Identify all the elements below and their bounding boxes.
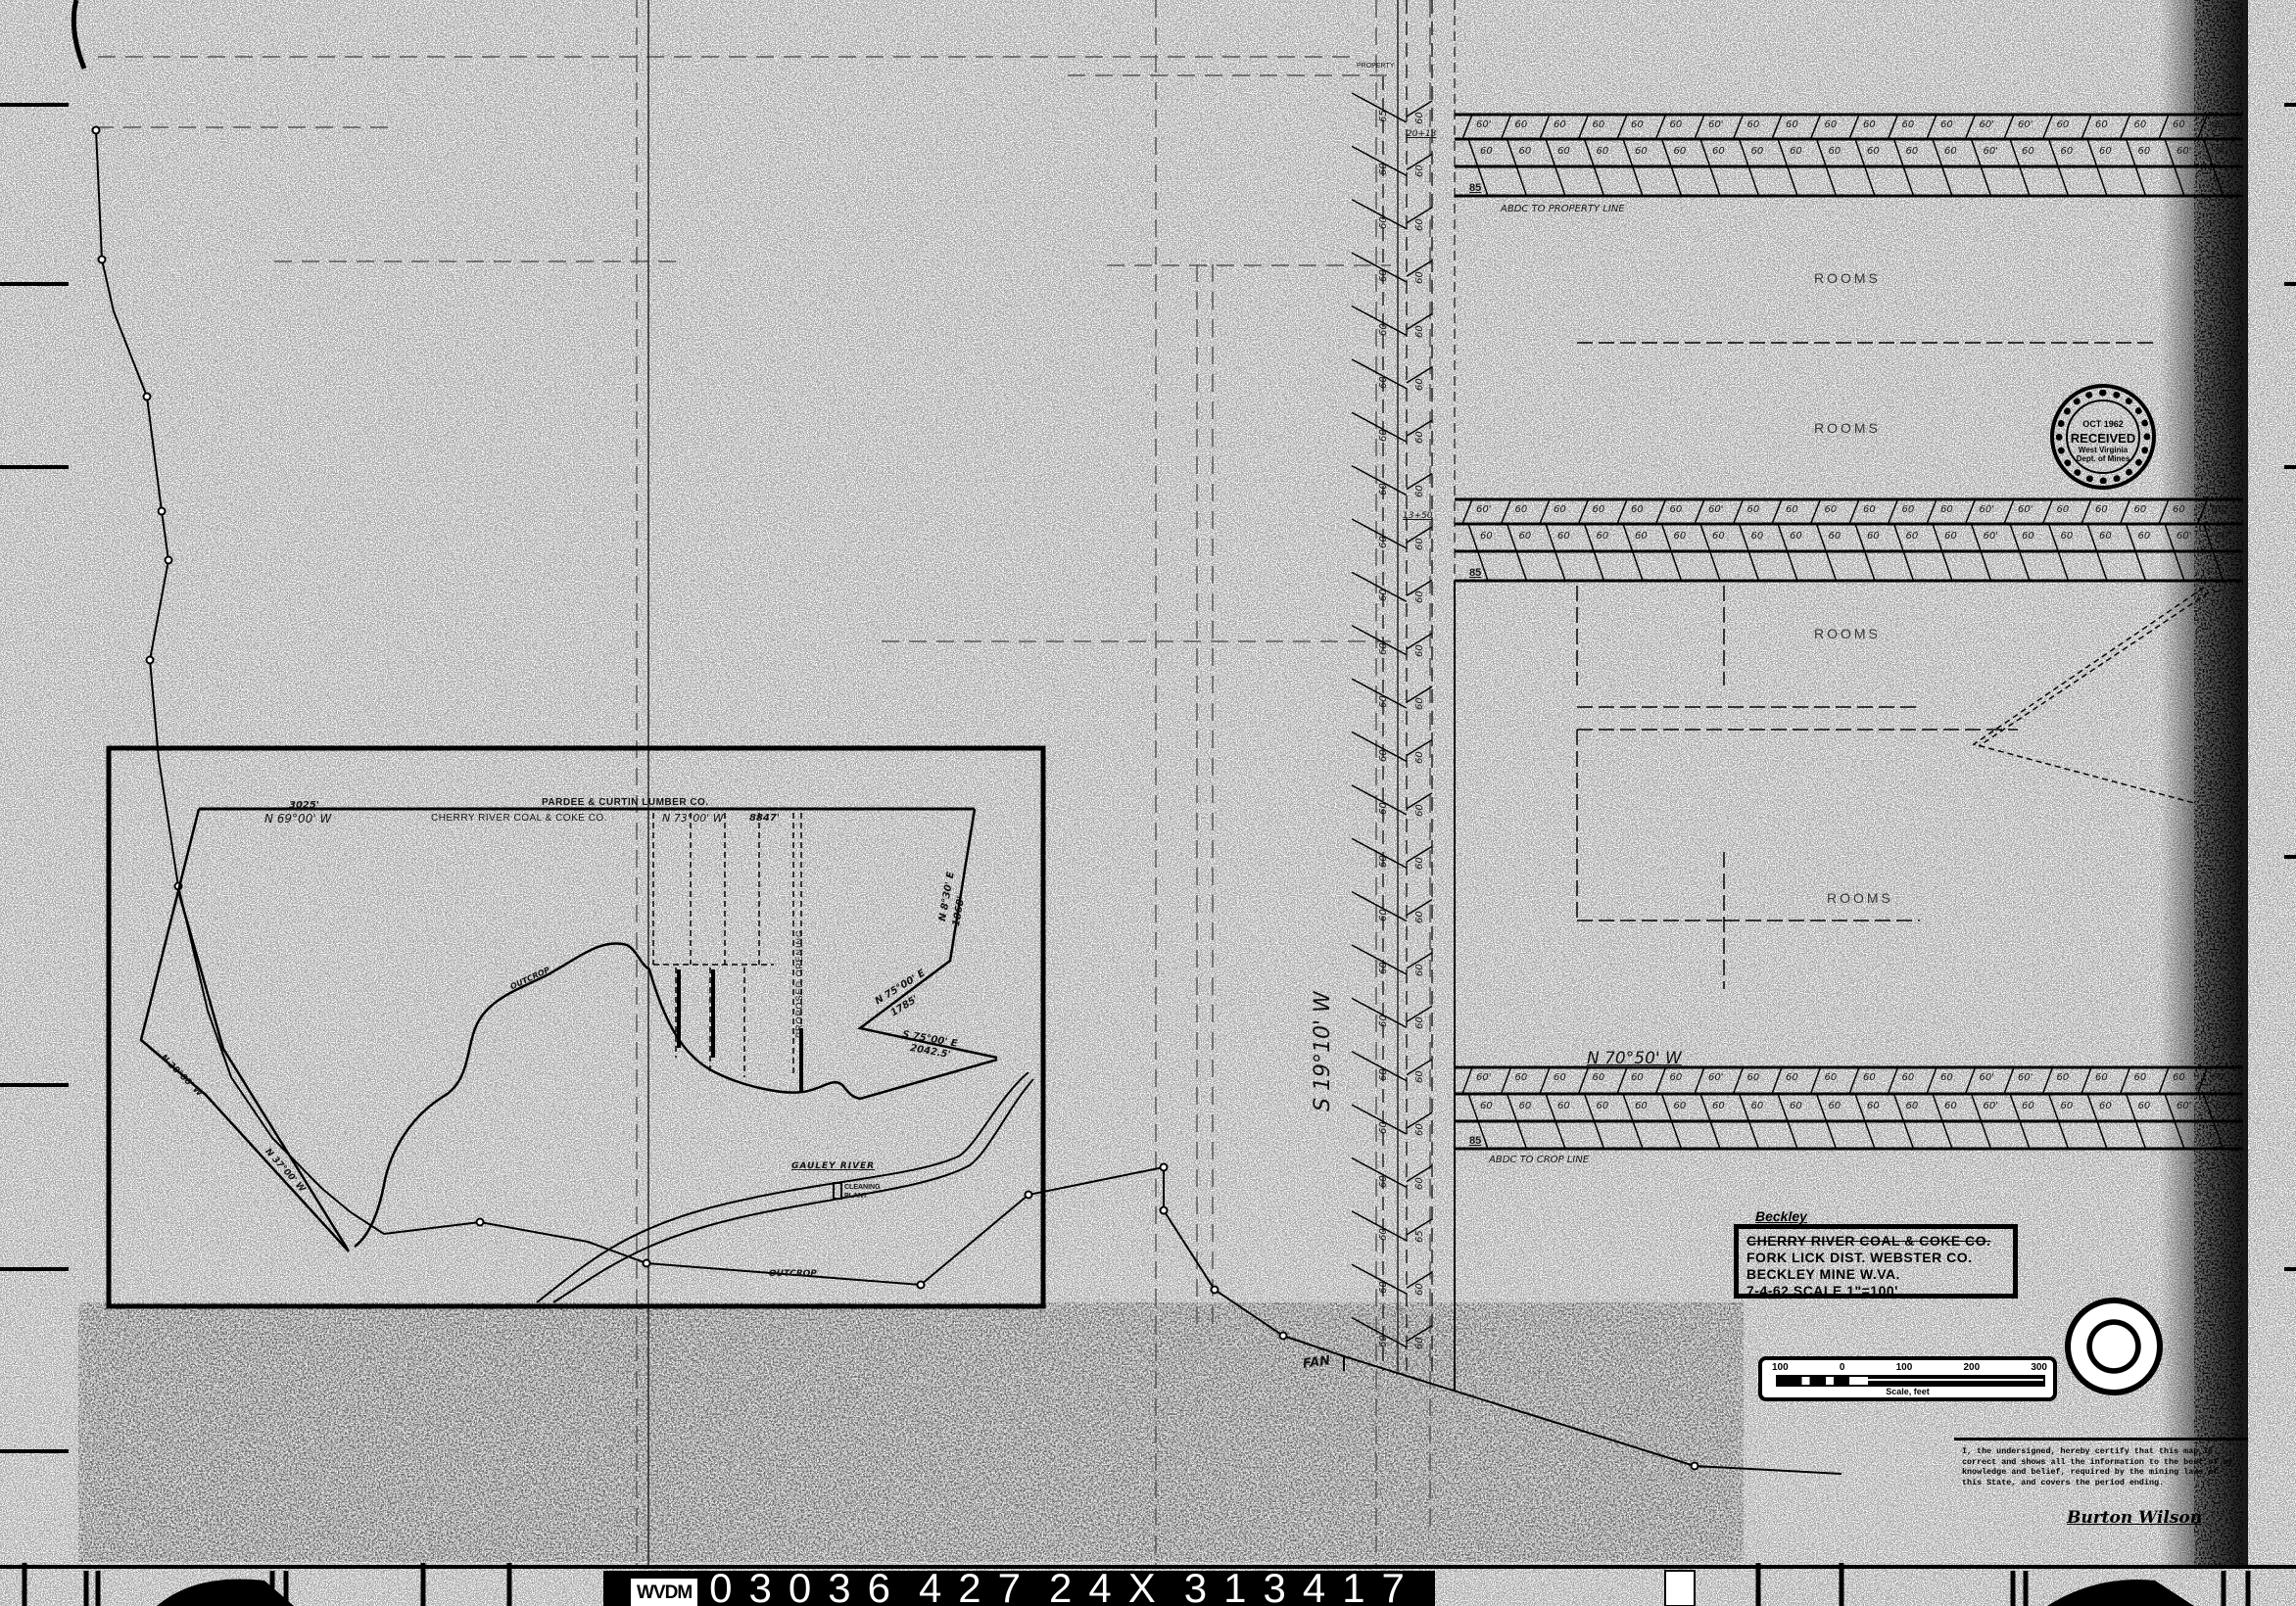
shaft-pillar-label: 60 — [1415, 751, 1425, 764]
pillar-label: 60' — [1476, 120, 1491, 130]
pillar-label: 60 — [1631, 1073, 1644, 1083]
inset-owner-north: PARDEE & CURTIN LUMBER CO. — [542, 798, 709, 808]
rooms-label-4: ROOMS — [1827, 891, 1893, 905]
film-code-3: 24X — [1049, 1571, 1172, 1606]
pillar-label: 60' — [2176, 1102, 2191, 1111]
pillar-label: 60 — [2134, 1073, 2147, 1083]
pillar-label: 60 — [1480, 147, 1493, 157]
pillar-label: 60 — [2099, 1102, 2112, 1111]
pillar-label: 60 — [2134, 120, 2147, 130]
pillar-label: 60' — [2212, 505, 2226, 515]
pillar-label: 60' — [1708, 505, 1723, 515]
shaft-pillar-label: 60 — [1415, 804, 1425, 817]
shaft-pillar-label: 60 — [1379, 536, 1389, 548]
pillar-label: 60 — [2022, 147, 2034, 157]
pillar-label: 60 — [1670, 1073, 1683, 1083]
pillar-label: 60 — [1519, 532, 1532, 542]
pillar-label: 60 — [1554, 1073, 1566, 1083]
pillar-label: 60 — [1635, 147, 1648, 157]
pillar-label: 60 — [1597, 1102, 1609, 1111]
pillar-label: 60 — [1593, 505, 1605, 515]
shaft-pillar-label: 60 — [1379, 909, 1389, 921]
pillar-label: 60 — [1906, 532, 1919, 542]
shaft-pillar-label: 60 — [1415, 1123, 1425, 1136]
pillar-label: 60 — [1867, 532, 1880, 542]
pillar-label: 60 — [1747, 1073, 1760, 1083]
pillar-label: 60 — [1902, 505, 1915, 515]
pillar-label: 60 — [1867, 1102, 1880, 1111]
film-code-1: 03036 — [709, 1571, 907, 1606]
pillar-label: 60 — [1867, 147, 1880, 157]
shaft-pillar-label: 60 — [1415, 1337, 1425, 1349]
shaft-pillar-label: 60 — [1379, 483, 1389, 496]
entry-bearing-label: N 70°50' W — [1587, 1051, 1682, 1067]
pillar-label: 60' — [1708, 1073, 1723, 1083]
pillar-label: 60 — [1786, 1073, 1798, 1083]
pillar-label: 60' — [1984, 532, 1998, 542]
shaft-pillar-label: 60 — [1379, 749, 1389, 762]
title-block: CHERRY RIVER COAL & COKE CO. FORK LICK D… — [1734, 1224, 2018, 1299]
pillar-label: 60 — [1515, 120, 1528, 130]
pillar-label: 60 — [2138, 532, 2151, 542]
shaft-pillar-label: 60 — [1379, 1068, 1389, 1081]
abandoned-note-bottom: ABDC TO CROP LINE — [1489, 1156, 1589, 1165]
scan-noise-bottom — [78, 1302, 1744, 1562]
shaft-pillar-label: 60 — [1379, 1335, 1389, 1347]
pillar-label: 60 — [2095, 120, 2108, 130]
pillar-label: 60 — [1944, 532, 1957, 542]
shaft-pillar-label: 60 — [1415, 378, 1425, 391]
pillar-label: 60 — [1906, 147, 1919, 157]
pillar-label: 60 — [1480, 1102, 1493, 1111]
pillar-label: 60' — [1980, 505, 1994, 515]
pillar-label: 60 — [1635, 532, 1648, 542]
pillar-label: 60 — [1829, 1102, 1842, 1111]
shaft-pillar-label: 60 — [1415, 911, 1425, 923]
fan-label: FAN — [1302, 1354, 1331, 1371]
pillar-label: 60 — [2173, 1073, 2185, 1083]
pillar-label: 60' — [2018, 120, 2033, 130]
pillar-label: 60 — [2061, 147, 2074, 157]
pillar-label: 60 — [1712, 147, 1725, 157]
shaft-pillar-label: 60 — [1415, 1017, 1425, 1030]
shaft-pillar-label: 60 — [1379, 1016, 1389, 1028]
pillar-label: 60 — [1940, 1073, 1953, 1083]
pillar-label: 60' — [2176, 532, 2191, 542]
pillar-label: 60 — [1712, 532, 1725, 542]
title-block-prefix: Beckley — [1755, 1208, 1807, 1224]
scale-bar: 100 0 100 200 300 Scale, feet — [1758, 1356, 2057, 1401]
pillar-label: 60 — [2134, 505, 2147, 515]
pillar-label: 60 — [1631, 120, 1644, 130]
pillar-label: 60 — [1635, 1102, 1648, 1111]
film-code-2: 427 — [919, 1571, 1037, 1606]
inset-plant-label: CLEANING PLANT — [844, 1183, 884, 1201]
shaft-pillar-label: 60 — [1415, 1177, 1425, 1190]
film-identifier: WVDM 03036 427 24X 313417 — [603, 1571, 1435, 1606]
stamp-status: RECEIVED — [2054, 431, 2152, 446]
station-label-1: 20+13 — [1407, 130, 1436, 139]
pillar-label: 60 — [2173, 120, 2185, 130]
certification-block: I, the undersigned, hereby certify that … — [1954, 1438, 2248, 1555]
pillar-label: 60' — [2212, 120, 2226, 130]
received-stamp: OCT 1962 RECEIVED West Virginia Dept. of… — [2050, 384, 2156, 490]
pillar-label: 60' — [2018, 1073, 2033, 1083]
pillar-label: 60 — [1863, 505, 1876, 515]
pillar-label: 60' — [1708, 120, 1723, 130]
shaft-pillar-label: 60 — [1379, 323, 1389, 336]
pillar-label: 60' — [2216, 147, 2230, 157]
abandoned-note-top: ABDC TO PROPERTY LINE — [1501, 205, 1625, 214]
shaft-pillar-label: 60 — [1415, 697, 1425, 710]
pillar-label: 60 — [1790, 1102, 1802, 1111]
shaft-pillar-label: 60 — [1379, 695, 1389, 708]
pillar-label: 60' — [2216, 1102, 2230, 1111]
boundary-label: PROPERTY — [1357, 63, 1394, 70]
pillar-label: 60 — [1790, 532, 1802, 542]
shaft-pillar-label: 60 — [1415, 591, 1425, 604]
pillar-label: 60 — [2173, 505, 2185, 515]
pillar-width-mid: 85 — [1469, 568, 1481, 579]
pillar-label: 60 — [1674, 532, 1687, 542]
pillar-label: 60 — [2095, 505, 2108, 515]
pillar-label: 60 — [2022, 1102, 2034, 1111]
pillar-label: 60 — [1940, 120, 1953, 130]
pillar-label: 60 — [1944, 1102, 1957, 1111]
pillar-width-bottom: 85 — [1469, 1136, 1481, 1147]
pillar-label: 60 — [1790, 147, 1802, 157]
pillar-label: 60 — [1554, 505, 1566, 515]
pillar-label: 60 — [2061, 532, 2074, 542]
pillar-label: 60 — [1631, 505, 1644, 515]
shaft-pillar-label: 60 — [1379, 802, 1389, 815]
inset-distance-top-right: 8847' — [749, 814, 780, 824]
pillar-label: 60 — [1557, 532, 1570, 542]
pillar-label: 60 — [1829, 147, 1842, 157]
pillar-label: 60 — [1593, 120, 1605, 130]
shaft-pillar-label: 60 — [1415, 432, 1425, 445]
pillar-label: 60' — [1476, 1073, 1491, 1083]
pillar-label: 60' — [1984, 147, 1998, 157]
pillar-label: 60' — [1980, 1073, 1994, 1083]
pillar-label: 60 — [1863, 1073, 1876, 1083]
pillar-label: 60' — [1476, 505, 1491, 515]
shaft-pillar-label: 60 — [1415, 964, 1425, 976]
pillar-label: 60 — [1829, 532, 1842, 542]
shaft-pillar-label: 60 — [1379, 1282, 1389, 1295]
station-label-2: 13+50 — [1403, 512, 1432, 521]
pillar-label: 60 — [1902, 120, 1915, 130]
pillar-label: 60 — [2095, 1073, 2108, 1083]
pillar-label: 60 — [1519, 1102, 1532, 1111]
pillar-label: 60 — [1674, 1102, 1687, 1111]
pillar-label: 60 — [1747, 120, 1760, 130]
film-prefix: WVDM — [631, 1579, 697, 1606]
shaft-pillar-label: 60 — [1379, 642, 1389, 655]
shaft-pillar-label: 60 — [1379, 269, 1389, 282]
shaft-pillar-label: 60 — [1379, 1175, 1389, 1188]
pillar-label: 60 — [1515, 1073, 1528, 1083]
pillar-label: 60 — [1906, 1102, 1919, 1111]
second-stamp — [2065, 1298, 2163, 1395]
shaft-pillar-label: 60 — [1379, 856, 1389, 869]
pillar-label: 60' — [2212, 1073, 2226, 1083]
rooms-label-1: ROOMS — [1814, 271, 1881, 285]
shaft-pillar-label: 60 — [1379, 962, 1389, 974]
pillar-label: 60 — [2099, 532, 2112, 542]
pillar-label: 60 — [1674, 147, 1687, 157]
pillar-label: 60 — [2057, 120, 2070, 130]
shaft-pillar-label: 65 — [1379, 110, 1389, 122]
pillar-label: 60 — [2022, 532, 2034, 542]
shaft-pillar-label: 60 — [1379, 430, 1389, 443]
pillar-label: 60 — [2057, 1073, 2070, 1083]
inset-bearing-top-left: N 69°00' W — [264, 813, 331, 825]
pillar-label: 60 — [1593, 1073, 1605, 1083]
shaft-pillar-label: 60 — [1415, 218, 1425, 231]
shaft-pillar-label: 60 — [1415, 538, 1425, 550]
shaft-pillar-label: 60 — [1379, 590, 1389, 602]
shaft-pillar-label: 60 — [1415, 1284, 1425, 1297]
stamp-agency: West Virginia Dept. of Mines — [2054, 446, 2152, 463]
pillar-label: 60' — [2176, 147, 2191, 157]
certification-text: I, the undersigned, hereby certify that … — [1962, 1446, 2240, 1488]
shaft-pillar-label: 60 — [1379, 216, 1389, 229]
pillar-label: 60 — [1597, 147, 1609, 157]
shaft-pillar-label: 60 — [1415, 325, 1425, 338]
title-line-mine: BECKLEY MINE W.VA. — [1746, 1266, 2005, 1283]
pillar-label: 60 — [1751, 532, 1764, 542]
inset-river-label: GAULEY RIVER — [791, 1162, 875, 1171]
pillar-label: 60 — [1825, 1073, 1838, 1083]
inset-bearing-top-right: N 73°00' W — [662, 813, 724, 824]
scale-caption: Scale, feet — [1762, 1387, 2053, 1396]
pillar-label: 60' — [2018, 505, 2033, 515]
inset-owner-south: CHERRY RIVER COAL & COKE CO. — [431, 814, 607, 824]
pillar-label: 60 — [1751, 147, 1764, 157]
pillar-label: 60 — [2138, 147, 2151, 157]
pillar-label: 60 — [1944, 147, 1957, 157]
title-line-company: CHERRY RIVER COAL & COKE CO. — [1746, 1233, 2005, 1250]
pillar-width-top: 85 — [1469, 183, 1481, 194]
shaft-pillar-label: 60 — [1415, 1070, 1425, 1083]
inset-proposed-opening: PROPOSED OPENING — [795, 929, 804, 1038]
shaft-bearing-label: S 19°10' W — [1313, 991, 1334, 1111]
pillar-label: 60 — [1480, 532, 1493, 542]
film-code-4: 313417 — [1184, 1571, 1421, 1606]
inset-distance-top-left: 3025' — [289, 801, 319, 811]
pillar-label: 60 — [2099, 147, 2112, 157]
pillar-label: 60 — [1515, 505, 1528, 515]
pillar-label: 60 — [1863, 120, 1876, 130]
pillar-label: 60 — [1597, 532, 1609, 542]
pillar-label: 60 — [1825, 505, 1838, 515]
shaft-pillar-label: 60 — [1415, 858, 1425, 871]
shaft-pillar-label: 65 — [1415, 1230, 1425, 1243]
inset-outcrop-label-1: OUTCROP — [769, 1270, 817, 1279]
pillar-label: 60 — [1670, 120, 1683, 130]
title-line-district: FORK LICK DIST. WEBSTER CO. — [1746, 1250, 2005, 1266]
pillar-label: 60' — [2216, 532, 2230, 542]
shaft-pillar-label: 60 — [1415, 112, 1425, 124]
shaft-pillar-label: 60 — [1379, 1121, 1389, 1134]
pillar-label: 60 — [2057, 505, 2070, 515]
pillar-label: 60 — [1557, 147, 1570, 157]
pillar-label: 60 — [1712, 1102, 1725, 1111]
pillar-label: 60 — [1825, 120, 1838, 130]
pillar-label: 60 — [1747, 505, 1760, 515]
rooms-label-2: ROOMS — [1814, 421, 1881, 435]
pillar-label: 60 — [2061, 1102, 2074, 1111]
title-line-date-scale: 7-4-62 SCALE 1"=100' — [1746, 1283, 2005, 1299]
shaft-pillar-label: 60 — [1415, 644, 1425, 657]
shaft-pillar-label: 60 — [1379, 376, 1389, 389]
pillar-label: 60 — [1786, 120, 1798, 130]
pillar-label: 60 — [1751, 1102, 1764, 1111]
rooms-label-3: ROOMS — [1814, 627, 1881, 640]
pillar-label: 60 — [1670, 505, 1683, 515]
shaft-pillar-label: 60 — [1379, 1228, 1389, 1241]
pillar-label: 60' — [1984, 1102, 1998, 1111]
shaft-pillar-label: 60 — [1379, 164, 1389, 176]
pillar-label: 60 — [1519, 147, 1532, 157]
pillar-label: 60 — [2138, 1102, 2151, 1111]
pillar-label: 60 — [1786, 505, 1798, 515]
signature: Burton Wilson — [2067, 1513, 2202, 1524]
stamp-date: OCT 1962 — [2054, 419, 2152, 429]
pillar-label: 60' — [1980, 120, 1994, 130]
pillar-label: 60 — [1902, 1073, 1915, 1083]
pillar-label: 60 — [1940, 505, 1953, 515]
pillar-label: 60 — [1557, 1102, 1570, 1111]
shaft-pillar-label: 60 — [1415, 485, 1425, 497]
shaft-pillar-label: 60 — [1415, 271, 1425, 284]
shaft-pillar-label: 60 — [1415, 165, 1425, 178]
pillar-label: 60 — [1554, 120, 1566, 130]
